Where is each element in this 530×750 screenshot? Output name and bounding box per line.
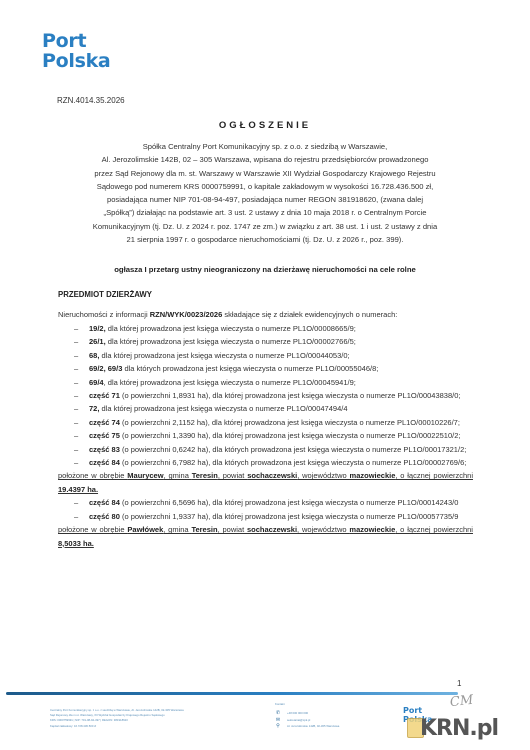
dash-bullet: –	[74, 510, 78, 523]
page-number: 1	[457, 679, 461, 688]
intro-paragraph: Spółka Centralny Port Komunikacyjny sp. …	[60, 140, 470, 246]
lead-suffix: składające się z działek ewidencyjnych o…	[222, 310, 397, 319]
location-pin-icon: ⚲	[275, 723, 281, 730]
dash-bullet: –	[74, 443, 78, 456]
parcel-item: –26/1, dla której prowadzona jest księga…	[58, 335, 473, 348]
parcel-item: –część 75 (o powierzchni 1,3390 ha), dla…	[58, 429, 473, 442]
dash-bullet: –	[74, 389, 78, 402]
parcel-description: (o powierzchni 6,5696 ha), dla której pr…	[120, 498, 459, 507]
intro-line: Komunikacyjnym (tj. Dz. U. z 2024 r. poz…	[60, 220, 470, 233]
total-area: 8,5033 ha.	[58, 539, 94, 548]
lead-sentence: Nieruchomości z informacji RZN/WYK/0023/…	[58, 310, 397, 319]
parcel-description: dla których prowadzona jest księga wiecz…	[122, 364, 378, 373]
powiat: sochaczewski	[247, 525, 297, 534]
parcel-description: (o powierzchni 1,9337 ha), dla której pr…	[120, 512, 459, 521]
dash-bullet: –	[74, 429, 78, 442]
parcel-item: –część 80 (o powierzchni 1,9337 ha), dla…	[58, 510, 473, 523]
gmina: Teresin	[192, 471, 218, 480]
parcel-number: 72,	[89, 404, 99, 413]
location-pawlowek: położone w obrębie Pawłówek, gmina Teres…	[58, 523, 473, 550]
intro-line: „Spółką”) działając na podstawie art. 3 …	[60, 206, 470, 219]
parcel-description: dla której prowadzona jest księga wieczy…	[99, 351, 349, 360]
contact-heading: Kontakt	[275, 702, 385, 706]
parcel-item: –część 71 (o powierzchni 1,8931 ha), dla…	[58, 389, 473, 402]
parcel-item: –68, dla której prowadzona jest księga w…	[58, 349, 473, 362]
intro-line: Al. Jerozolimskie 142B, 02 – 305 Warszaw…	[60, 153, 470, 166]
gmina: Teresin	[191, 525, 217, 534]
dash-bullet: –	[74, 456, 78, 469]
intro-line: Spółka Centralny Port Komunikacyjny sp. …	[60, 140, 470, 153]
contact-address: ⚲ Al. Jerozolimskie 142B, 02-305 Warszaw…	[275, 723, 385, 730]
announcement: ogłasza I przetarg ustny nieograniczony …	[0, 265, 530, 274]
dash-bullet: –	[74, 416, 78, 429]
parcel-number: 69/2, 69/3	[89, 364, 122, 373]
parcel-description: (o powierzchni 6,7982 ha), dla których p…	[120, 458, 466, 467]
parcel-number: część 84	[89, 458, 120, 467]
parcel-description: (o powierzchni 1,8931 ha), dla której pr…	[120, 391, 461, 400]
document-title: OGŁOSZENIE	[0, 120, 530, 131]
contact-email[interactable]: ✉ sekretariat@cpk.pl	[275, 717, 385, 724]
parcel-number: część 83	[89, 445, 120, 454]
obreb: Maurycew	[127, 471, 163, 480]
mail-icon: ✉	[275, 717, 281, 724]
parcel-description: dla której prowadzona jest księga wieczy…	[106, 337, 356, 346]
parcel-item: –część 84 (o powierzchni 6,5696 ha), dla…	[58, 496, 473, 509]
parcel-item: –część 74 (o powierzchni 2,1152 ha), dla…	[58, 416, 473, 429]
logo-line-2: Polska	[42, 51, 110, 71]
total-area: 19.4397 ha.	[58, 485, 98, 494]
parcel-description: dla której prowadzona jest księga wieczy…	[106, 324, 356, 333]
parcel-number: 69/4	[89, 378, 104, 387]
dash-bullet: –	[74, 402, 78, 415]
info-number: RZN/WYK/0023/2026	[150, 310, 223, 319]
parcel-number: część 71	[89, 391, 120, 400]
dash-bullet: –	[74, 496, 78, 509]
powiat: sochaczewski	[247, 471, 297, 480]
port-polska-logo: Port Polska	[42, 31, 110, 71]
parcel-number: 19/2,	[89, 324, 106, 333]
obreb: Pawłówek	[127, 525, 163, 534]
parcel-number: 68,	[89, 351, 99, 360]
parcel-description: (o powierzchni 2,1152 ha), dla której pr…	[120, 418, 460, 427]
dash-bullet: –	[74, 322, 78, 335]
parcel-number: część 75	[89, 431, 120, 440]
reference-number: RZN.4014.35.2026	[57, 96, 125, 105]
parcel-item: –69/4, dla której prowadzona jest księga…	[58, 376, 473, 389]
section-heading: PRZEDMIOT DZIERŻAWY	[58, 290, 152, 299]
parcel-description: (o powierzchni 0,6242 ha), dla których p…	[120, 445, 466, 454]
parcel-item: –część 83 (o powierzchni 0,6242 ha), dla…	[58, 443, 473, 456]
contact-phone[interactable]: ✆ +48 000 000 000	[275, 710, 385, 717]
dash-bullet: –	[74, 349, 78, 362]
parcel-number: część 80	[89, 512, 120, 521]
location-maurycew: położone w obrębie Maurycew, gmina Teres…	[58, 469, 473, 496]
parcel-item: –69/2, 69/3 dla których prowadzona jest …	[58, 362, 473, 375]
footer-company-info: Centralny Port Komunikacyjny sp. z o.o. …	[50, 708, 250, 729]
footer-contact: Kontakt ✆ +48 000 000 000 ✉ sekretariat@…	[275, 702, 385, 730]
parcel-number: 26/1,	[89, 337, 106, 346]
intro-line: Sądowego pod numerem KRS 0000759991, o k…	[60, 180, 470, 193]
footer-divider	[6, 692, 458, 695]
parcel-item: –72, dla której prowadzona jest księga w…	[58, 402, 473, 415]
dash-bullet: –	[74, 362, 78, 375]
parcel-item: –część 84 (o powierzchni 6,7982 ha), dla…	[58, 456, 473, 469]
intro-line: posiadająca numer NIP 701-08-94-497, pos…	[60, 193, 470, 206]
parcel-number: część 74	[89, 418, 120, 427]
dash-bullet: –	[74, 335, 78, 348]
parcel-item: –19/2, dla której prowadzona jest księga…	[58, 322, 473, 335]
lead-prefix: Nieruchomości z informacji	[58, 310, 150, 319]
phone-icon: ✆	[275, 710, 281, 717]
parcel-description: dla której prowadzona jest księga wieczy…	[99, 404, 347, 413]
logo-line-1: Port	[42, 31, 110, 51]
dash-bullet: –	[74, 376, 78, 389]
intro-line: przez Sąd Rejonowy dla m. st. Warszawy w…	[60, 167, 470, 180]
intro-line: 21 sierpnia 1997 r. o gospodarce nieruch…	[60, 233, 470, 246]
parcel-description: (o powierzchni 1,3390 ha), dla której pr…	[120, 431, 461, 440]
wojewodztwo: mazowieckie	[349, 525, 395, 534]
parcel-description: , dla której prowadzona jest księga wiec…	[104, 378, 356, 387]
krn-watermark: KRN.pl	[420, 716, 498, 741]
parcel-list: –19/2, dla której prowadzona jest księga…	[58, 322, 473, 550]
parcel-number: część 84	[89, 498, 120, 507]
handwritten-signature: CM	[449, 693, 474, 710]
wojewodztwo: mazowieckie	[350, 471, 396, 480]
